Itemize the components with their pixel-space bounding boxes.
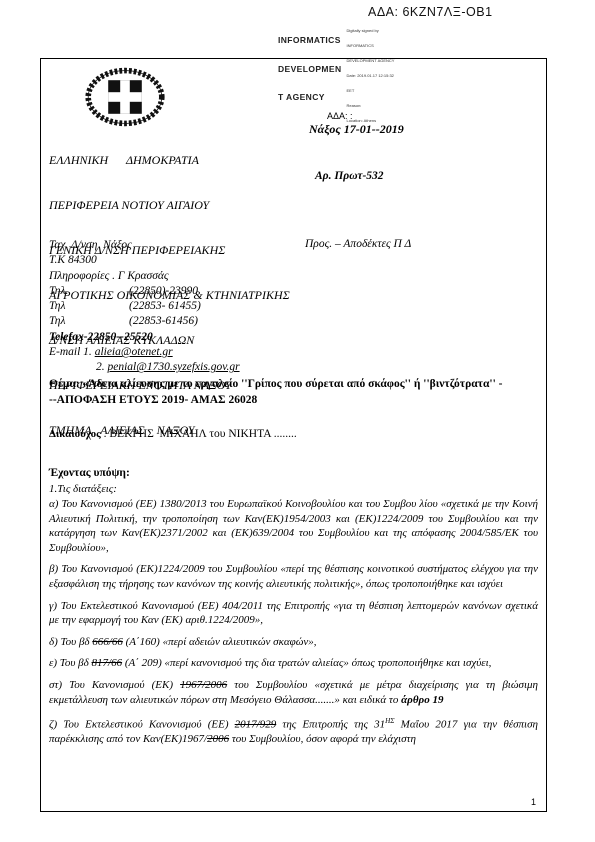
paragraph-segment: ΗΣ (385, 717, 394, 725)
stamp-signature-line: INFORMATICS (347, 43, 395, 48)
document-page: ΑΔΑ: 6KZN7ΛΞ-ΟΒ1 INFORMATICS DEVELOPMEN … (0, 0, 595, 842)
phone-number: (22853-61456) (129, 315, 198, 330)
place-and-date: Νάξος 17-01--2019 (309, 122, 404, 137)
contact-address: Ταχ. Δ/νση Νάξος (49, 239, 240, 254)
paragraph-segment: β) Του Κανονισμού (ΕΚ)1224/2009 του Συμβ… (49, 563, 538, 590)
paragraph-segment: στ) Του Κανονισμού (ΕΚ) (49, 679, 180, 691)
body-paragraphs: α) Του Κανονισμού (ΕΕ) 1380/2013 του Ευρ… (49, 497, 538, 754)
body-paragraph: ε) Του βδ 817/66 (Α΄ 209) «περί κανονισμ… (49, 656, 538, 671)
beneficiary-line: Δικαιούχος . ΒΕΚΡΗΣ ΜΙΧΑΗΛ του ΝΙΚΗΤΑ ..… (49, 428, 297, 440)
protocol-number: Αρ. Πρωτ-532 (315, 170, 384, 182)
body-paragraph: β) Του Κανονισμού (ΕΚ)1224/2009 του Συμβ… (49, 562, 538, 591)
contact-phone-row: Τηλ. (22850)-23990 (49, 285, 240, 300)
beneficiary-label: Δικαιούχος (49, 428, 101, 440)
subject-line-1: Θέμα: «Άδεια αλίευσης με το εργαλείο ''Γ… (49, 377, 538, 393)
body-paragraph: στ) Του Κανονισμού (ΕΚ) 1967/2006 του Συ… (49, 678, 538, 707)
contact-phone-row: Τηλ (22853- 61455) (49, 300, 240, 315)
paragraph-segment: 2006 (207, 733, 229, 745)
org-line: ΠΕΡΙΦΕΡΕΙΑ ΝΟΤΙΟΥ ΑΙΓΑΙΟΥ (49, 198, 290, 213)
subject-line-2: --ΑΠΟΦΑΣΗ ΕΤΟΥΣ 2019- ΑΜΑΣ 26028 (49, 393, 538, 409)
paragraph-segment: 2017/929 (235, 719, 277, 731)
paragraph-segment: (Α΄ 209) «περί κανονισμού της δια τρατών… (122, 657, 491, 669)
having-regard-heading: Έχοντας υπόψη: (49, 467, 130, 479)
paragraph-segment: ζ) Του Εκτελεστικού Κανονισμού (ΕΕ) (49, 719, 235, 731)
paragraph-segment: ε) Του βδ (49, 657, 92, 669)
ada-reference-label: ΑΔΑ: : (327, 111, 353, 121)
contact-email-row: E-mail 1. alieia@otenet.gr (49, 346, 240, 361)
recipient-line: Προς. – Αποδέκτες Π Δ (305, 238, 411, 250)
page-number: 1 (531, 797, 536, 807)
stamp-agency-line: INFORMATICS (278, 36, 342, 46)
contact-info-person: Πληροφορίες . Γ Κρασσάς (49, 270, 240, 285)
phone-label: Τηλ (49, 300, 129, 315)
paragraph-segment: 666/66 (92, 636, 123, 648)
phone-label: Τηλ. (49, 285, 129, 300)
paragraph-segment: της Επιτροπής της 31 (276, 719, 385, 731)
paragraph-segment: του Συμβουλίου, όσον αφορά την ελάχιστη (229, 733, 416, 745)
email-address-2[interactable]: penial@1730.syzefxis.gov.gr (108, 361, 240, 376)
email-label: 2. (96, 361, 108, 376)
paragraph-segment: 817/66 (92, 657, 123, 669)
beneficiary-name: . ΒΕΚΡΗΣ ΜΙΧΑΗΛ του ΝΙΚΗΤΑ ........ (101, 428, 297, 440)
org-line: ΕΛΛΗΝΙΚΗ ΔΗΜΟΚΡΑΤΙΑ (49, 153, 290, 168)
contact-block: Ταχ. Δ/νση Νάξος Τ.Κ 84300 Πληροφορίες .… (49, 239, 240, 377)
paragraph-segment: α) Του Κανονισμού (ΕΕ) 1380/2013 του Ευρ… (49, 498, 538, 554)
body-paragraph: α) Του Κανονισμού (ΕΕ) 1380/2013 του Ευρ… (49, 497, 538, 555)
contact-fax: Telefax-22850--25520 (49, 331, 240, 346)
subject-line: Θέμα: «Άδεια αλίευσης με το εργαλείο ''Γ… (49, 377, 538, 408)
body-paragraph: δ) Του βδ 666/66 (Α΄160) «περί αδειών αλ… (49, 635, 538, 650)
page-border-frame: ΕΛΛΗΝΙΚΗ ΔΗΜΟΚΡΑΤΙΑ ΠΕΡΙΦΕΡΕΙΑ ΝΟΤΙΟΥ ΑΙ… (40, 58, 547, 812)
paragraph-segment: 1967/2006 (180, 679, 227, 691)
paragraph-segment: γ) Του Εκτελεστικού Κανονισμού (ΕΕ) 404/… (49, 600, 538, 627)
contact-phone-row: Τηλ (22853-61456) (49, 315, 240, 330)
phone-label: Τηλ (49, 315, 129, 330)
body-paragraph: γ) Του Εκτελεστικού Κανονισμού (ΕΕ) 404/… (49, 599, 538, 628)
phone-number: (22850)-23990 (129, 285, 198, 300)
provisions-intro: 1.Τις διατάξεις: (49, 483, 117, 495)
contact-email-row: 2. penial@1730.syzefxis.gov.gr (49, 361, 240, 376)
contact-postal-code: Τ.Κ 84300 (49, 254, 240, 269)
paragraph-segment: άρθρο 19 (401, 694, 443, 706)
paragraph-segment: (Α΄160) «περί αδειών αλιευτικών σκαφών», (123, 636, 317, 648)
paragraph-segment: δ) Του βδ (49, 636, 92, 648)
email-label: E-mail 1. (49, 346, 95, 361)
stamp-signature-line: Digitally signed by (347, 28, 395, 33)
email-address-1[interactable]: alieia@otenet.gr (95, 346, 173, 361)
phone-number: (22853- 61455) (129, 300, 201, 315)
body-paragraph: ζ) Του Εκτελεστικού Κανονισμού (ΕΕ) 2017… (49, 714, 538, 747)
greek-national-emblem (85, 67, 165, 127)
